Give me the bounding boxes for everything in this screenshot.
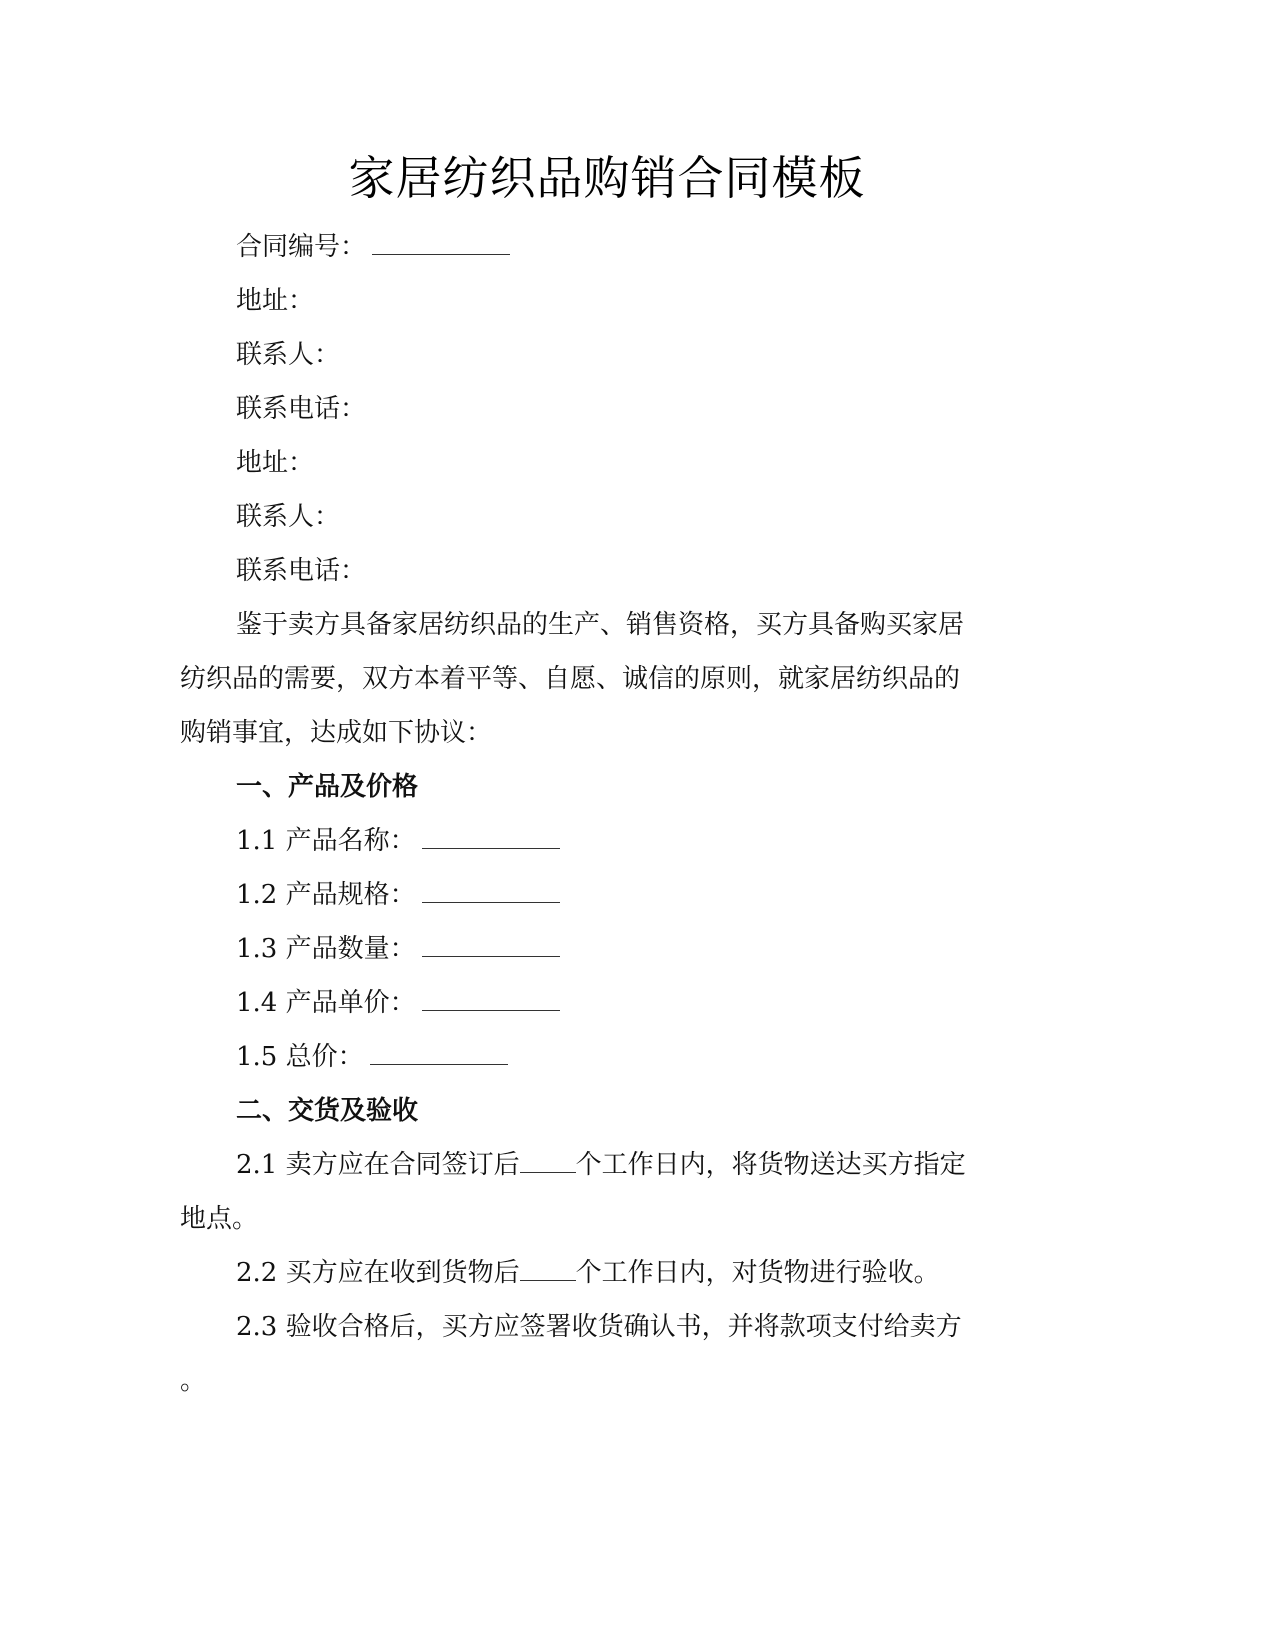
contract-number-field: 合同编号： <box>236 232 510 262</box>
item-text: 个工作日内，对货物进行验收。 <box>576 1258 940 1288</box>
list-item: 1.1 产品名称： <box>236 826 560 856</box>
item-number: 1.4 <box>236 988 277 1018</box>
item-number: 1.3 <box>236 934 277 964</box>
preamble-line: 纺织品的需要，双方本着平等、自愿、诚信的原则，就家居纺织品的 <box>180 664 960 694</box>
contact-field: 联系人： <box>236 340 340 370</box>
blank-line <box>422 936 560 957</box>
list-item: 2.1 卖方应在合同签订后个工作日内，将货物送达买方指定 <box>236 1150 966 1180</box>
item-label: 产品数量： <box>286 934 416 964</box>
blank-line <box>372 234 510 255</box>
item-number: 2.3 <box>236 1312 277 1342</box>
list-item-continuation: 地点。 <box>180 1204 258 1234</box>
item-text: 验收合格后，买方应签署收货确认书，并将款项支付给卖方 <box>286 1312 962 1342</box>
item-label: 产品单价： <box>286 988 416 1018</box>
item-number: 1.1 <box>236 826 277 856</box>
contact-field: 联系人： <box>236 502 340 532</box>
item-label: 产品规格： <box>286 880 416 910</box>
preamble-line: 鉴于卖方具备家居纺织品的生产、销售资格，买方具备购买家居 <box>236 610 964 640</box>
preamble-line: 购销事宜，达成如下协议： <box>180 718 492 748</box>
item-text: 买方应在收到货物后 <box>286 1258 520 1288</box>
item-number: 1.5 <box>236 1042 277 1072</box>
phone-field: 联系电话： <box>236 556 366 586</box>
item-text: 个工作日内，将货物送达买方指定 <box>576 1150 966 1180</box>
blank-line <box>370 1044 508 1065</box>
section-heading: 一、产品及价格 <box>236 772 418 802</box>
field-label: 合同编号： <box>236 232 366 262</box>
phone-field: 联系电话： <box>236 394 366 424</box>
item-text: 卖方应在合同签订后 <box>286 1150 520 1180</box>
list-item: 2.3 验收合格后，买方应签署收货确认书，并将款项支付给卖方 <box>236 1312 962 1342</box>
blank-line <box>520 1152 576 1173</box>
address-field: 地址： <box>236 286 314 316</box>
list-item: 1.5 总价： <box>236 1042 508 1072</box>
list-item: 2.2 买方应在收到货物后个工作日内，对货物进行验收。 <box>236 1258 940 1288</box>
list-item: 1.2 产品规格： <box>236 880 560 910</box>
blank-line <box>422 828 560 849</box>
section-heading: 二、交货及验收 <box>236 1096 418 1126</box>
item-number: 1.2 <box>236 880 277 910</box>
item-number: 2.1 <box>236 1150 277 1180</box>
blank-line <box>422 882 560 903</box>
blank-line <box>520 1260 576 1281</box>
document-title: 家居纺织品购销合同模板 <box>0 142 1214 208</box>
blank-line <box>422 990 560 1011</box>
item-label: 总价： <box>286 1042 364 1072</box>
item-label: 产品名称： <box>286 826 416 856</box>
address-field: 地址： <box>236 448 314 478</box>
list-item: 1.4 产品单价： <box>236 988 560 1018</box>
list-item: 1.3 产品数量： <box>236 934 560 964</box>
list-item-continuation: 。 <box>180 1366 206 1396</box>
item-number: 2.2 <box>236 1258 277 1288</box>
